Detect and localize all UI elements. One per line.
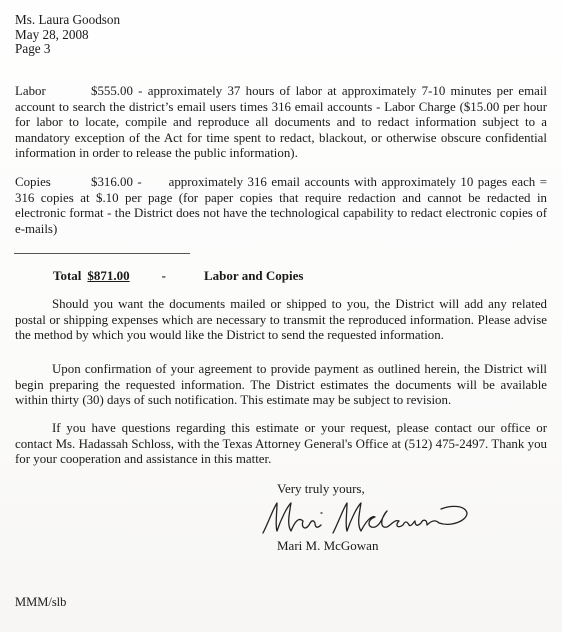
copies-amount: $316.00	[91, 175, 133, 189]
confirmation-paragraph: Upon confirmation of your agreement to p…	[15, 362, 547, 409]
questions-paragraph: If you have questions regarding this est…	[15, 421, 547, 468]
signer-name: Mari M. McGowan	[277, 538, 378, 554]
letter-page: Ms. Laura Goodson May 28, 2008 Page 3 La…	[0, 0, 562, 632]
copies-label: Copies	[15, 175, 91, 191]
letter-header: Ms. Laura Goodson May 28, 2008 Page 3	[15, 13, 120, 57]
labor-label: Labor	[15, 84, 91, 100]
shipping-paragraph: Should you want the documents mailed or …	[15, 297, 547, 344]
total-label: Total	[53, 268, 81, 283]
signature-icon	[255, 497, 475, 539]
recipient-name: Ms. Laura Goodson	[15, 13, 120, 28]
page-number: Page 3	[15, 42, 120, 57]
typist-initials: MMM/slb	[15, 595, 66, 610]
total-dash: -	[162, 268, 166, 283]
closing-salutation: Very truly yours,	[277, 481, 365, 497]
letter-date: May 28, 2008	[15, 28, 120, 43]
copies-charge-paragraph: Copies$316.00 - approximately 316 email …	[15, 175, 547, 237]
total-line: Total$871.00-Labor and Copies	[53, 268, 303, 284]
divider-line	[14, 253, 190, 254]
total-description: Labor and Copies	[204, 268, 303, 283]
labor-charge-paragraph: Labor$555.00 - approximately 37 hours of…	[15, 84, 547, 162]
total-amount: $871.00	[87, 268, 129, 283]
labor-amount: $555.00	[91, 84, 133, 98]
